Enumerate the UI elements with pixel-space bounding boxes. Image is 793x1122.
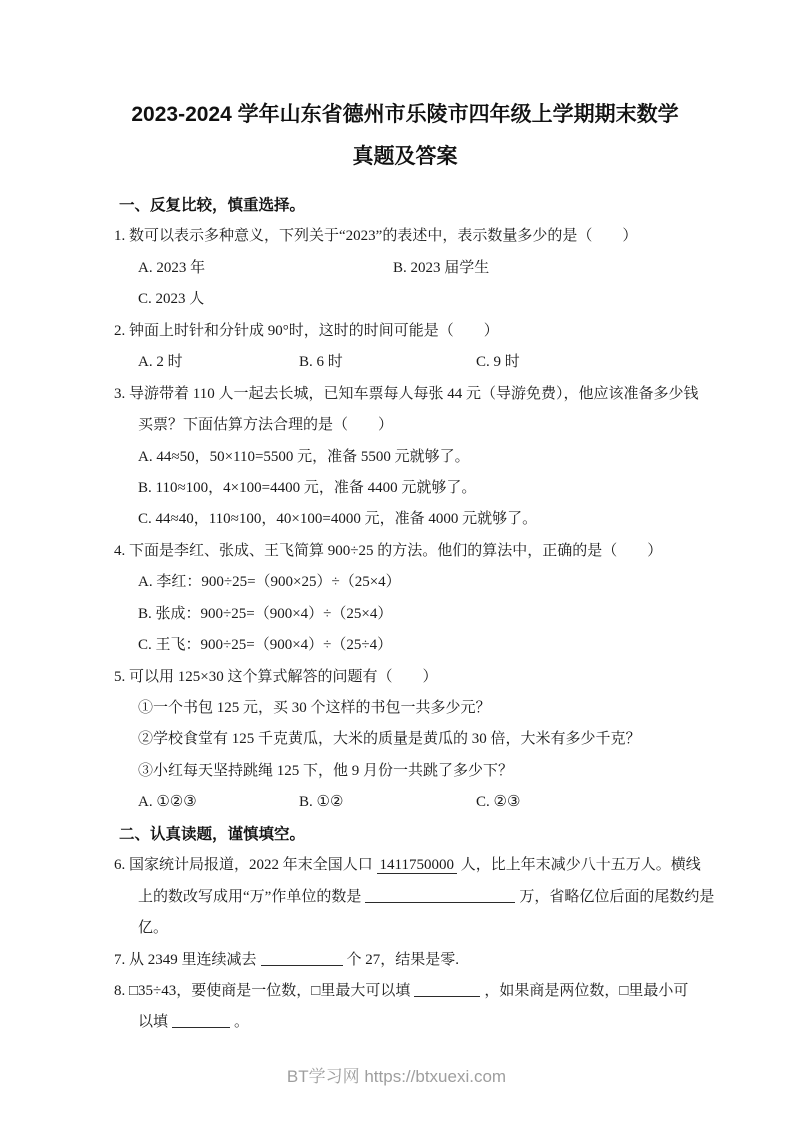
document-title-line-1: 2023-2024 学年山东省德州市乐陵市四年级上学期期末数学 <box>114 94 696 136</box>
question-7-line: 7. 从 2349 里连续减去个 27，结果是零. <box>114 945 696 976</box>
question-5-subitem-2: ②学校食堂有 125 千克黄瓜，大米的质量是黄瓜的 30 倍，大米有多少千克？ <box>114 724 696 755</box>
question-4-option-a: A. 李红：900÷25=（900×25）÷（25×4） <box>114 567 696 598</box>
question-6-line-3: 亿。 <box>114 913 696 944</box>
question-1-option-c: C. 2023 人 <box>114 284 696 315</box>
question-5-subitem-1: ①一个书包 125 元，买 30 个这样的书包一共多少元？ <box>114 693 696 724</box>
question-8-line-2: 以填。 <box>114 1007 696 1038</box>
document-content: 2023-2024 学年山东省德州市乐陵市四年级上学期期末数学 真题及答案 一、… <box>114 0 696 1039</box>
question-5-options-row: A. ①②③B. ①②C. ②③ <box>114 787 696 818</box>
question-8-line-1-text-pre: 8. □35÷43，要使商是一位数，□里最大可以填 <box>114 983 410 999</box>
section-2-heading: 二、认真读题，谨慎填空。 <box>114 819 696 850</box>
question-8-line-2-text-pre: 以填 <box>138 1014 168 1030</box>
question-7-text-pre: 7. 从 2349 里连续减去 <box>114 952 257 968</box>
question-8-line-1-text-post: ，如果商是两位数，□里最小可 <box>484 983 688 999</box>
document-title-line-2: 真题及答案 <box>114 136 696 178</box>
question-7-text-post: 个 27，结果是零. <box>347 952 460 968</box>
question-8-answer-blank-1 <box>414 979 480 997</box>
question-6-line-2: 上的数改写成用“万”作单位的数是万，省略亿位后面的尾数约是 <box>114 882 696 913</box>
exam-document-page: 2023-2024 学年山东省德州市乐陵市四年级上学期期末数学 真题及答案 一、… <box>0 0 793 1122</box>
question-2-stem: 2. 钟面上时针和分针成 90°时，这时的时间可能是（ ） <box>114 316 696 347</box>
section-1-heading: 一、反复比较，慎重选择。 <box>114 190 696 221</box>
question-2-options-row: A. 2 时B. 6 时C. 9 时 <box>114 347 696 378</box>
question-2-option-c: C. 9 时 <box>476 347 520 378</box>
question-3-option-c: C. 44≈40，110≈100，40×100=4000 元，准备 4000 元… <box>114 504 696 535</box>
question-1-option-b: B. 2023 届学生 <box>393 253 489 284</box>
question-5-stem: 5. 可以用 125×30 这个算式解答的问题有（ ） <box>114 662 696 693</box>
question-3-stem-line-1: 3. 导游带着 110 人一起去长城，已知车票每人每张 44 元（导游免费），他… <box>114 379 696 410</box>
question-4-option-b: B. 张成：900÷25=（900×4）÷（25×4） <box>114 599 696 630</box>
question-1-options-row-1: A. 2023 年B. 2023 届学生 <box>114 253 696 284</box>
document-body: 一、反复比较，慎重选择。 1. 数可以表示多种意义，下列关于“2023”的表述中… <box>114 190 696 1039</box>
question-3-option-b: B. 110≈100，4×100=4400 元，准备 4400 元就够了。 <box>114 473 696 504</box>
question-1-option-a: A. 2023 年 <box>138 253 393 284</box>
question-6-answer-blank <box>365 885 515 903</box>
question-6-line-1-text-post: 人，比上年末减少八十五万人。横线 <box>457 857 701 873</box>
question-6-line-1: 6. 国家统计局报道，2022 年末全国人口 1411750000 人，比上年末… <box>114 850 696 881</box>
question-5-option-a: A. ①②③ <box>138 787 299 818</box>
question-7-answer-blank <box>261 948 343 966</box>
question-6-population-underlined-value: 1411750000 <box>377 857 457 874</box>
question-6-line-1-text-pre: 6. 国家统计局报道，2022 年末全国人口 <box>114 857 377 873</box>
question-8-answer-blank-2 <box>172 1010 230 1028</box>
document-title: 2023-2024 学年山东省德州市乐陵市四年级上学期期末数学 真题及答案 <box>114 0 696 178</box>
question-3-option-a: A. 44≈50，50×110=5500 元，准备 5500 元就够了。 <box>114 442 696 473</box>
question-5-option-b: B. ①② <box>299 787 476 818</box>
question-3-stem-line-2: 买票？下面估算方法合理的是（ ） <box>114 410 696 441</box>
question-8-line-1: 8. □35÷43，要使商是一位数，□里最大可以填，如果商是两位数，□里最小可 <box>114 976 696 1007</box>
question-5-subitem-3: ③小红每天坚持跳绳 125 下，他 9 月份一共跳了多少下？ <box>114 756 696 787</box>
question-8-line-2-text-post: 。 <box>234 1014 249 1030</box>
footer-site-link[interactable]: BT学习网 https://btxuexi.com <box>287 1067 506 1086</box>
question-2-option-b: B. 6 时 <box>299 347 476 378</box>
question-5-option-c: C. ②③ <box>476 787 520 818</box>
question-2-option-a: A. 2 时 <box>138 347 299 378</box>
question-4-stem: 4. 下面是李红、张成、王飞简算 900÷25 的方法。他们的算法中，正确的是（… <box>114 536 696 567</box>
question-4-option-c: C. 王飞：900÷25=（900×4）÷（25÷4） <box>114 630 696 661</box>
question-1-stem: 1. 数可以表示多种意义，下列关于“2023”的表述中，表示数量多少的是（ ） <box>114 221 696 252</box>
question-6-line-2-text-post: 万，省略亿位后面的尾数约是 <box>519 889 714 905</box>
question-6-line-2-text-pre: 上的数改写成用“万”作单位的数是 <box>138 889 361 905</box>
page-footer: BT学习网 https://btxuexi.com <box>0 1062 793 1087</box>
